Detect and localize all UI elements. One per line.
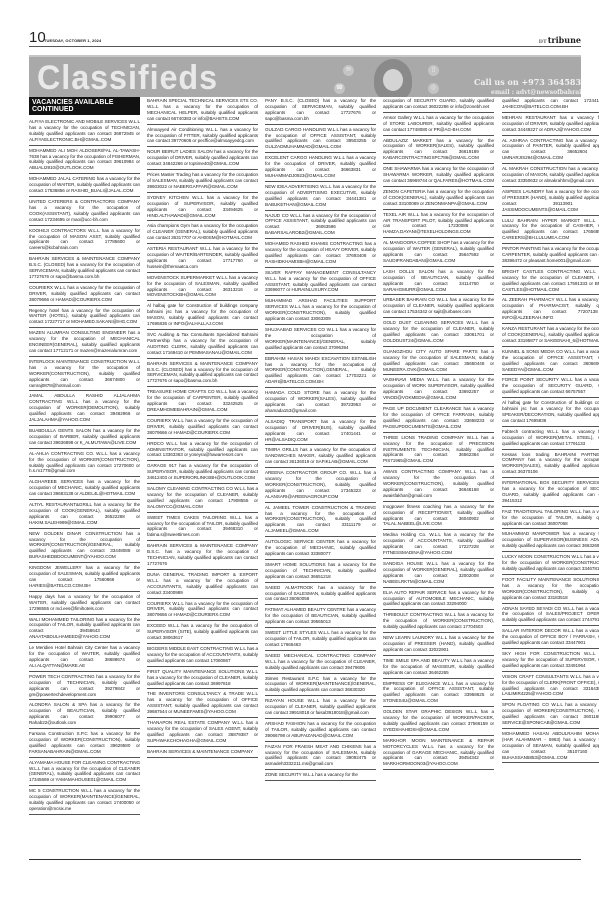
classified-ad: MOVENSTOCK SUPERMARKET W.L.L has a vacan… [147, 274, 258, 302]
classified-ad: TIME SMILE SPA AND BEAUTY W.L.L has a va… [383, 657, 494, 679]
classified-ad: Farsana Construction S.P.C has a vacancy… [29, 730, 140, 758]
classified-ad: SWEET TIMES CAKES TAILORING W.L.L has a … [147, 514, 258, 542]
classified-ad: EMPRESS OF ELEGANCE W.L.L has a vacancy … [383, 680, 494, 708]
classified-ad: KANZA RESTURANT has a vacancy for the oc… [502, 325, 599, 347]
classified-ad: THANAPON REAL ESTATE COMPANY W.L.L has a… [147, 719, 258, 747]
classified-ad: Kessas loos trading BAHRAINI PARTNERSHIP… [502, 451, 599, 479]
classified-ad: GULZAD CARGO HANDLING W.L.L has a vacanc… [265, 126, 376, 154]
classified-ad: BAHRAIN SPECIAL TECHNICAL SERVICES STS C… [147, 97, 258, 125]
classified-ad: EBRAHIM HASAN MAHDI EXCAVATION ESTABLISH… [265, 355, 376, 389]
ad-list: PANY B.S.C. (CLOSED) has a vacancy for t… [265, 97, 376, 781]
classified-ad: HAMADA COLD STORE has a vacancy for the … [265, 389, 376, 417]
ads-column-3: PANY B.S.C. (CLOSED) has a vacancy for t… [265, 97, 376, 857]
operator-avatar-icon [374, 59, 412, 97]
classified-ad: KINGDOM JEWELLERY has a vacancy for the … [29, 564, 140, 592]
whatsapp-icon: ◎ [428, 83, 439, 94]
classified-ad: MARKHOR MOON MAINTENANCE & REPAIR MOTORC… [383, 737, 494, 771]
classified-ad: PINTOR PAINTING has a vacancy for the oc… [502, 245, 599, 267]
classified-ad: THREE LIONS TRADING COMPANY W.L.L has a … [383, 434, 494, 468]
classified-ad: TREASURE HOME CRAFTS CO W.L.L has a vaca… [147, 388, 258, 416]
classified-ad: MC 5 CONSTRUCTION W.L.L has a vacancy fo… [29, 787, 140, 815]
classified-ad: DUNA GENERAL TRADING IMPORT & EXPORT W.L… [147, 571, 258, 599]
classified-ad: VAISHNAVI MEDIA W.L.L has a vacancy for … [383, 376, 494, 404]
classified-ad: EXCELENT CARGO HANDLING W.L.L has a vaca… [265, 154, 376, 182]
classified-ad: NEW GOLDEN DINAR CONSTRUCTION has a vaca… [29, 530, 140, 564]
classified-ad: SMART HOME SOLUTIONS has a vacancy for t… [265, 561, 376, 583]
classified-ad: FORCE POINT SECURITY W.L.L has a vacancy… [502, 376, 599, 398]
email-text: email : advt@newsofbahrain.com [491, 89, 581, 96]
classified-ad: SALLAR INTERIOR DECOR W.L.L has a vacanc… [502, 627, 599, 649]
classified-ad: ALONDRA SALON & SPA has a vacancy for th… [29, 701, 140, 729]
classified-ad: BAHRAIN SERVICES & MAINTENANCE COMPANY B… [147, 360, 258, 388]
ad-list: qualified applicants can contact 1724411… [502, 97, 599, 763]
classified-ad: Regency hotel has a vacancy for the occu… [29, 307, 140, 329]
classified-ad: Inogpower fitness coaching has a vacancy… [383, 503, 494, 531]
classified-ad: BUABDULLA GENTS SALON has a vacancy for … [29, 427, 140, 449]
classified-ad: SWEET LITTLE STYLES W.L.L has a vacancy … [265, 629, 376, 651]
classified-ad: SHUJAABAD SERVICES CO W.L.L has a vacanc… [265, 326, 376, 354]
classified-ad: ZENON CAFETERIA has a vacancy for the oc… [383, 188, 494, 210]
classified-ad: ABDULAZIZ MARKET has a vacancy for the o… [383, 137, 494, 165]
classified-ad: SVC Auditing & Tax Consultants Specializ… [147, 331, 258, 359]
classified-ad: NEW LEARN LAUNDRY W.L.L has a vacancy fo… [383, 634, 494, 656]
classified-ad: BAHRAIN SERVICES & MAINTENANCE COMPANY B… [147, 542, 258, 570]
ads-column-4: occupation of SECURITY GUARD, suitably q… [383, 97, 494, 857]
classified-ad: AL ASHRAA CONTRACTING has a vacancy for … [502, 137, 599, 165]
classified-ad: GARAGE 917 has a vacancy for the occupat… [147, 462, 258, 484]
classified-ad: PAGE UP DOCUMENT CLEARANCE has a vacancy… [383, 405, 494, 433]
classified-ad: AL JAMEEL TOWER CONSTRUCTION & TRADING h… [265, 504, 376, 538]
classified-ad: EXCEED W.L.L has a vacancy for the occup… [147, 622, 258, 644]
classified-ad: FATIMAT ALHAMED BEAUTY CENTRE has a vaca… [265, 606, 376, 628]
classified-ad: MEHRAN RESTAURANT has a vacancy for the … [502, 114, 599, 136]
classified-ad: ARSHAD FASHION has a vacancy for the occ… [265, 720, 376, 742]
classified-ad: MOHAMMED ALI MOH ALDOSERI/FAL AL-TAWASH-… [29, 147, 140, 175]
classified-ad: THRIBOULT CONTRACTING W.L.L has a vacanc… [383, 611, 494, 633]
classified-ad: BAHRAIN SERVICES & MAINTENANCE COMPANY B… [29, 255, 140, 283]
classified-ad: JAMAL ABDULLA RASHID ALJALAHMA CONTRACTI… [29, 392, 140, 426]
classified-ad: qualified applicants can contact 1724411… [502, 97, 599, 113]
classified-ad: MOHAMMED HASAN ABDULRAHIM MOHAMMED (HAR … [502, 730, 599, 764]
classified-ad: GOLD DUST CLEANING SERVICES W.L.L has a … [383, 319, 494, 347]
classified-ad: ASIPEES LAUNDRY has a vacancy for the oc… [502, 188, 599, 216]
phone-icon: ☎ [334, 83, 345, 94]
classified-ad: MAZEN ALUMRAN CONSULTING ENGINEER has a … [29, 329, 140, 357]
classified-ad: POWER TECH CONTRACTING has a vacancy for… [29, 673, 140, 701]
classified-ad: FIRST QUALITY MAINTENANCE SOLUTIONS W.L.… [147, 668, 258, 690]
classified-ad: MOHAMMED JALAL CATERING has a vacancy fo… [29, 175, 140, 197]
call-us-text: Call us on +973 36458394 [474, 77, 581, 87]
section-title: Classifieds [37, 60, 218, 96]
classified-ad: occupation of SECURITY GUARD, suitably q… [383, 97, 494, 113]
classified-ad: Happy days has a vacancy for the occupat… [29, 593, 140, 615]
classified-ad: BIGGERS MIDDLE EAST CONTRACTING W.L.L ha… [147, 645, 258, 667]
classified-ad: ALSADIQ TRANSPORT has a vacancy for the … [265, 418, 376, 446]
classified-ad: Al halbaj gate for Construction of build… [502, 399, 599, 427]
classified-ad: 3times Restaurant S.P.C has a vacancy fo… [265, 675, 376, 697]
classified-ad: SPON FLOATING CO W.L.L has a vacancy for… [502, 701, 599, 729]
classified-ad: LUCKY MOON CONSTRUCTION W.L.L has a vaca… [502, 553, 599, 575]
classified-ad: VISION CRAFT CONSULTANTS W.L.L has a vac… [502, 673, 599, 701]
classified-ad: NOUR BEIRUT LADIES SALON has a vacancy f… [147, 148, 258, 170]
classified-ad: MUHAMMAD ARSHAD FACILITIES SUPPORT SERVI… [265, 297, 376, 325]
classified-ad: SANDIGA HOUSE W.L.L has a vacancy for th… [383, 560, 494, 588]
classified-ad: SAEED ALMATROOK has a vacancy for the oc… [265, 584, 376, 606]
classifieds-banner: Classifieds ✉ ☎ ▯ ◎ Call us on +973 3645… [29, 55, 581, 97]
ad-list: BAHRAIN SPECIAL TECHNICAL SERVICES STS C… [147, 97, 258, 758]
classified-ad: FAIZAN FOR FRAESH MEAT AND CHIKENS has a… [265, 743, 376, 771]
classified-ad: AL MANGOORA COFFEE SHOP has a vacancy fo… [383, 239, 494, 267]
classified-ad: ASTERIA RESTAURANT W.L.L has a vacancy f… [147, 245, 258, 273]
classified-ad: LULU BAHRAIN HYPER MARKET W.L.L has a va… [502, 217, 599, 245]
mail-icon: ✉ [343, 65, 354, 76]
classified-ad: URBASER BAHRAIN CO W.L.L has a vacancy f… [383, 296, 494, 318]
classified-ad: COURIERX W.L.L has a vacancy for the occ… [147, 600, 258, 622]
classified-ad: RIZAYAN HOUSE W.L.L has a vacancy for th… [265, 697, 376, 719]
classified-ad: ADNAN SAYED SEYADI CO W.L.L has a vacanc… [502, 605, 599, 627]
classified-ad: Asia champions Gym has a vacancy for the… [147, 222, 258, 244]
classified-ad: SILVER RAFFAY MANAGEMENT CONSULTANCY W.L… [265, 269, 376, 297]
bottom-divider [29, 859, 581, 860]
ads-column-5: qualified applicants can contact 1724411… [502, 97, 599, 857]
classified-ad: Amsor Gallery W.L.L has a vacancy for th… [383, 114, 494, 136]
classified-ad: BRIGHT CASTLES CONTRACTING W.L.L has a v… [502, 268, 599, 296]
classified-ad: Almoayyed Air Conditioning W.L.L. has a … [147, 126, 258, 148]
logo-prefix: DT [539, 39, 547, 45]
classified-ad: KOOHEJI CONTRACTORS W.L.L has a vacancy … [29, 227, 140, 255]
classified-ad: ZONE SECURITY W.L.L has a vacancy for th… [265, 771, 376, 781]
classified-ad: Fabtech contracting W.L.L has a vacancy … [502, 428, 599, 450]
classified-ad: GUANGZHOU CITY AUTO SPARE PARTS has a va… [383, 348, 494, 376]
classified-ad: TEXEL AIR W.L.L has a vacancy for the oc… [383, 211, 494, 239]
classified-ad: AUTOLOGIC SERVICE CENTER has a vacancy f… [265, 538, 376, 560]
classified-ad: Medina Holding Co. W.L.L has a vacancy f… [383, 531, 494, 559]
classified-ad: AWAIS CONTRACTING COMPANY W.L.L has a va… [383, 468, 494, 502]
classified-ad: AL MAKRAH CONSTRUCTION has a vacancy for… [502, 165, 599, 187]
classified-ad: WALI MOHAMMED TAILORING has a vacancy fo… [29, 616, 140, 644]
classified-ad: FOOT FACILITY MAINTENANCE SOLUTIONS W.L.… [502, 576, 599, 604]
classified-ad: PANY B.S.C. (CLOSED) has a vacancy for t… [265, 97, 376, 125]
classified-ad: AREENA CONTRACTOR GROUP CO. W.L.L has a … [265, 469, 376, 503]
ad-list: occupation of SECURITY GUARD, suitably q… [383, 97, 494, 770]
classified-ad: NAJUD CO W.L.L has a vacancy for the occ… [265, 212, 376, 240]
mobile-icon: ▯ [428, 65, 439, 76]
ads-columns: VACANCIES AVAILABLE CONTINUED ALFIYA ELE… [29, 97, 581, 293]
classified-ad: AL ZEERAH PHARMACY W.L.L has a vacancy f… [502, 296, 599, 324]
page-header: 10 TUESDAY, OCTOBER 1, 2024 DTtribune [29, 32, 581, 47]
classified-ad: INTERLOCK MAINTENANCE CONSTRUCTION W.L.L… [29, 358, 140, 392]
classified-ad: TIMIRA GRILLS has a vacancy for the occu… [265, 446, 376, 468]
classified-ad: MUHAMMAD MANPOWER has a vacancy for the … [502, 530, 599, 552]
classified-ad: AL-AHLIA CONTRACTING CO. W.L.L has a vac… [29, 450, 140, 478]
classified-ad: SAEED MECHANICAL CONTRACTING COMPANY W.L… [265, 652, 376, 674]
classifieds-page: 10 TUESDAY, OCTOBER 1, 2024 DTtribune Cl… [29, 0, 581, 900]
section-heading: VACANCIES AVAILABLE CONTINUED [29, 97, 140, 115]
classified-ad: UNITED CATERERS & CONTRACTORS COMPANY ha… [29, 198, 140, 226]
ads-column-2: BAHRAIN SPECIAL TECHNICAL SERVICES STS C… [147, 97, 258, 857]
classified-ad: SKY HIGH FOR CONSTRUCTION W.L.L has a va… [502, 650, 599, 672]
logo-text: tribune [548, 35, 581, 45]
classified-ad: FAIZ TRADITIONAL TAILORING W.L.L has a v… [502, 508, 599, 530]
ads-column-1: VACANCIES AVAILABLE CONTINUED ALFIYA ELE… [29, 97, 140, 857]
classified-ad: NEW IDEA ADVERTISING W.L.L has a vacancy… [265, 183, 376, 211]
classified-ad: ELIA AUTO REPAIR SERVICE has a vacancy f… [383, 589, 494, 611]
classified-ad: COURIERX W.L.L has a vacancy for the occ… [147, 417, 258, 439]
classified-ad: BAHRAIN SERVICES & MAINTENANCE COMPANY [147, 748, 258, 758]
avatar-face [383, 69, 403, 91]
issue-date: TUESDAY, OCTOBER 1, 2024 [44, 38, 101, 43]
classified-ad: MOHAMED RASHED KHAMIS CONTRACTING has a … [265, 240, 376, 268]
classified-ad: THE INVENTORS CONSULTANCY & TRADE W.L.L … [147, 690, 258, 718]
ad-list: ALFIYA ELECTRONIC AND MOBILE SERVICES W.… [29, 118, 140, 815]
classified-ad: SALOMY CLEANING CONTRACTING CO W.L.L has… [147, 485, 258, 513]
classified-ad: Le Meridien Hotel Bahrain City Center ha… [29, 644, 140, 672]
classified-ad: ALFIYA ELECTRONIC AND MOBILE SERVICES W.… [29, 118, 140, 146]
classified-ad: ONE SHAWARMA has a vacancy for the occup… [383, 165, 494, 187]
classified-ad: SYDNEY KITCHEN W.L.L has a vacancy for t… [147, 194, 258, 222]
classified-ad: GOLDEN STAR GRAPHIC DESIGN W.L.L has a v… [383, 708, 494, 736]
classified-ad: ALYAMAMA HOUSE FOR CLEANING CONTRACTING … [29, 759, 140, 787]
classified-ad: Al halbaj gate for Construction of build… [147, 302, 258, 330]
classified-ad: INTERNATIONAL BOX SECURITY SERVICES W.L.… [502, 479, 599, 507]
masthead-logo: DTtribune [539, 35, 581, 45]
classified-ad: COURIERX W.L.L has a vacancy for the occ… [29, 284, 140, 306]
classified-ad: ALGHAREEB SERVICES has a vacancy for the… [29, 478, 140, 500]
classified-ad: ALTIYL RESTAURANT&GRILL has a vacancy fo… [29, 501, 140, 529]
classified-ad: KUNNEL & SONS MEDIA CO W.L.L has a vacan… [502, 348, 599, 376]
classified-ad: Prices Master Trading has a vacancy for … [147, 171, 258, 193]
classified-ad: LASH DOLLS SALON has a vacancy for the o… [383, 268, 494, 296]
classified-ad: HRDCO W.L.L has a vacancy for the occupa… [147, 440, 258, 462]
